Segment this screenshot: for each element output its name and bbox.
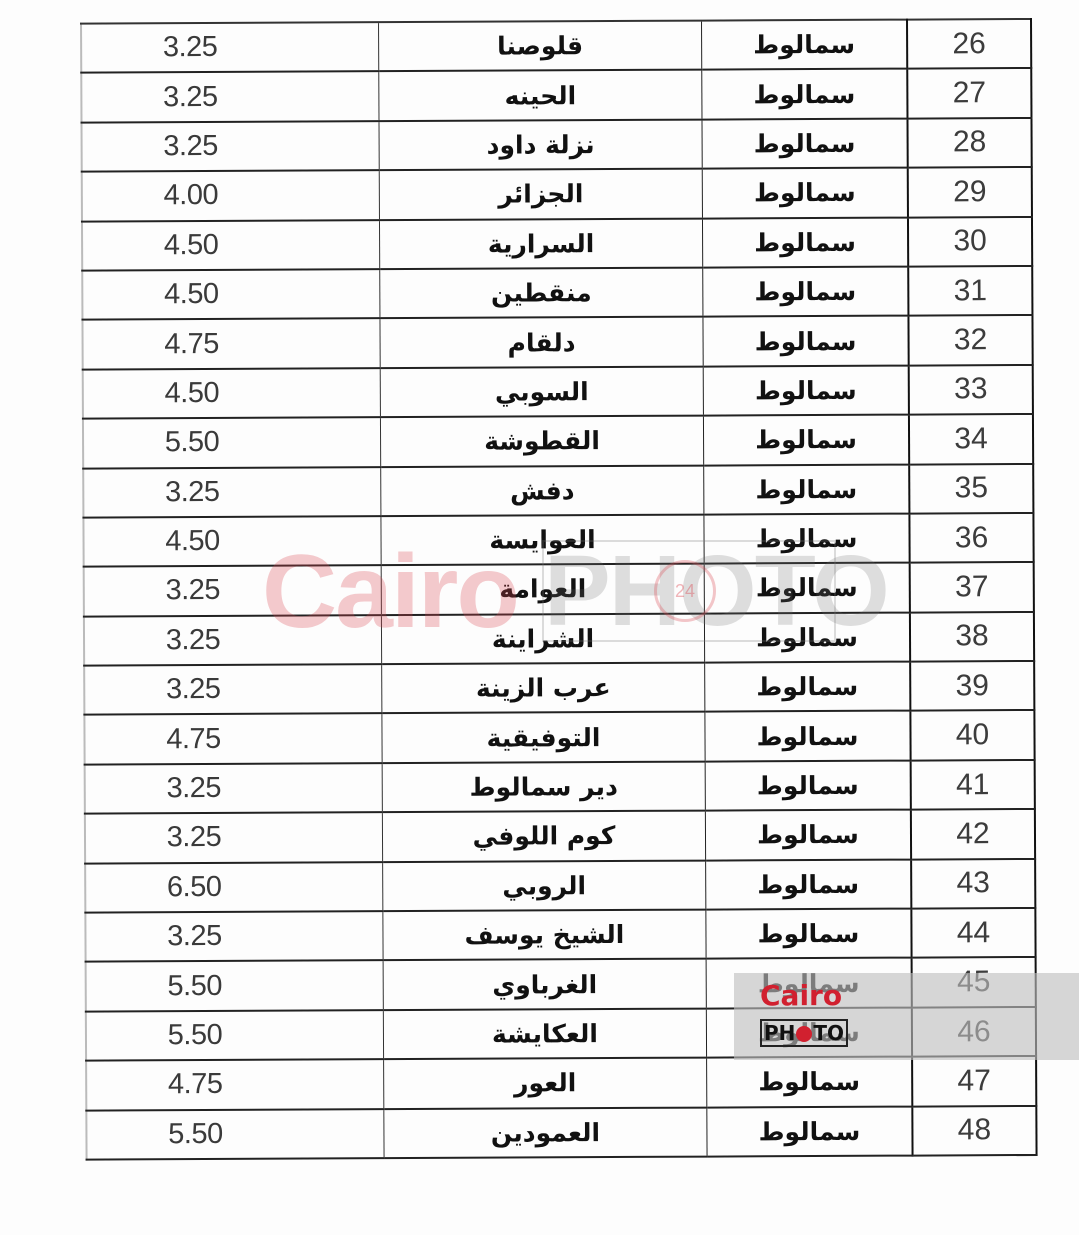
village-name-cell: العكايشة	[383, 1008, 706, 1059]
table-row: 5.50العمودينسمالوط48	[86, 1106, 1036, 1160]
village-name-cell: الجزائر	[379, 169, 702, 220]
table-row: 4.50منقطينسمالوط31	[82, 266, 1032, 320]
value-cell-text: 4.50	[164, 229, 219, 262]
markaz-cell-text: سمالوط	[758, 968, 860, 997]
markaz-cell-text: سمالوط	[755, 326, 857, 355]
markaz-cell-text: سمالوط	[758, 1067, 860, 1096]
row-number-cell-text: 44	[957, 916, 991, 950]
village-name-cell: العمودين	[384, 1107, 707, 1158]
value-cell-text: 4.50	[165, 525, 220, 558]
row-number-cell-text: 26	[952, 27, 986, 61]
row-number-cell-text: 33	[954, 373, 988, 407]
row-number-cell-text: 48	[958, 1113, 992, 1147]
village-name-cell-text: العوايسة	[489, 525, 595, 555]
row-number-cell: 38	[910, 612, 1034, 662]
village-name-cell-text: الغرباوي	[492, 970, 597, 1000]
value-cell: 4.50	[83, 368, 381, 419]
value-cell: 3.25	[84, 615, 382, 666]
village-name-cell-text: منقطين	[491, 278, 592, 307]
village-name-cell: دلقام	[380, 317, 703, 368]
row-number-cell: 43	[911, 859, 1035, 909]
village-name-cell-text: العكايشة	[492, 1019, 598, 1049]
village-name-cell: منقطين	[380, 268, 703, 319]
village-name-cell-text: السوبي	[495, 377, 589, 406]
village-name-cell-text: التوفيقية	[487, 723, 601, 753]
village-name-cell: دفش	[381, 465, 704, 516]
markaz-cell: سمالوط	[705, 711, 911, 761]
markaz-cell-text: سمالوط	[758, 1018, 860, 1047]
markaz-cell-text: سمالوط	[754, 129, 856, 158]
village-name-cell-text: الحينه	[505, 81, 577, 110]
markaz-cell: سمالوط	[702, 168, 908, 218]
row-number-cell: 34	[909, 414, 1033, 464]
value-cell-text: 4.00	[164, 179, 219, 212]
village-name-cell: الشراينة	[381, 613, 704, 664]
row-number-cell: 26	[907, 19, 1031, 69]
value-cell-text: 3.25	[163, 130, 218, 163]
markaz-cell-text: سمالوط	[757, 820, 859, 849]
value-cell-text: 3.25	[165, 476, 220, 509]
value-cell-text: 4.50	[165, 377, 220, 410]
value-cell-text: 5.50	[168, 1118, 223, 1151]
table-row: 3.25دير سمالوطسمالوط41	[85, 760, 1035, 814]
table-row: 3.25نزلة داودسمالوط28	[81, 118, 1031, 172]
value-cell: 3.25	[84, 664, 382, 715]
markaz-cell-text: سمالوط	[754, 178, 856, 207]
table-row: 3.25الشيخ يوسفسمالوط44	[85, 908, 1035, 962]
table-row: 4.50العوايسةسمالوط36	[83, 513, 1033, 567]
row-number-cell: 29	[908, 167, 1032, 217]
row-number-cell-text: 38	[955, 620, 989, 654]
village-name-cell: القطوشة	[380, 416, 703, 467]
village-name-cell: التوفيقية	[382, 712, 705, 763]
value-cell: 3.25	[81, 121, 379, 172]
markaz-cell-text: سمالوط	[756, 623, 858, 652]
markaz-cell: سمالوط	[707, 1106, 913, 1156]
value-cell: 5.50	[83, 417, 381, 468]
village-name-cell: الغرباوي	[383, 959, 706, 1010]
markaz-cell: سمالوط	[703, 365, 909, 415]
village-name-cell-text: الروبي	[502, 871, 586, 900]
markaz-cell: سمالوط	[705, 810, 911, 860]
row-number-cell-text: 47	[957, 1064, 991, 1098]
value-cell-text: 3.25	[166, 772, 221, 805]
value-cell-text: 3.25	[166, 624, 221, 657]
table-row: 3.25قلوصناسمالوط26	[81, 19, 1031, 73]
markaz-cell: سمالوط	[702, 69, 908, 119]
markaz-cell-text: سمالوط	[757, 870, 859, 899]
markaz-cell-text: سمالوط	[757, 721, 859, 750]
markaz-cell: سمالوط	[705, 662, 911, 712]
village-name-cell: نزلة داود	[379, 119, 702, 170]
markaz-cell-text: سمالوط	[756, 524, 858, 553]
village-name-cell: العوامة	[381, 564, 704, 615]
row-number-cell-text: 27	[953, 76, 987, 110]
table-row: 4.50السراريةسمالوط30	[82, 217, 1032, 271]
value-cell: 4.75	[84, 714, 382, 765]
markaz-cell: سمالوط	[703, 316, 909, 366]
value-cell: 4.50	[83, 516, 381, 567]
markaz-cell: سمالوط	[704, 464, 910, 514]
row-number-cell: 36	[909, 513, 1033, 563]
village-name-cell-text: السرارية	[488, 229, 595, 259]
markaz-cell: سمالوط	[706, 859, 912, 909]
value-cell: 4.50	[82, 269, 380, 320]
table-container: 3.25قلوصناسمالوط263.25الحينهسمالوط273.25…	[80, 18, 1032, 1161]
row-number-cell: 48	[912, 1106, 1036, 1156]
markaz-cell: سمالوط	[703, 415, 909, 465]
row-number-cell-text: 36	[955, 521, 989, 555]
row-number-cell: 45	[912, 957, 1036, 1007]
village-name-cell-text: الجزائر	[498, 180, 583, 209]
value-cell-text: 3.25	[167, 920, 222, 953]
markaz-cell: سمالوط	[704, 563, 910, 613]
value-cell: 4.00	[82, 170, 380, 221]
row-number-cell-text: 30	[953, 224, 987, 258]
row-number-cell: 44	[911, 908, 1035, 958]
row-number-cell-text: 37	[955, 570, 989, 604]
table-row: 5.50القطوشةسمالوط34	[83, 414, 1033, 468]
value-cell-text: 3.25	[166, 673, 221, 706]
village-name-cell-text: العوامة	[499, 575, 586, 604]
value-cell: 6.50	[85, 862, 383, 913]
row-number-cell: 33	[909, 365, 1033, 415]
markaz-cell: سمالوط	[705, 760, 911, 810]
value-cell-text: 5.50	[168, 1019, 223, 1052]
table-row: 3.25عرب الزينةسمالوط39	[84, 661, 1034, 715]
village-name-cell-text: قلوصنا	[497, 31, 583, 60]
row-number-cell: 35	[909, 463, 1033, 513]
row-number-cell-text: 35	[955, 471, 989, 505]
village-name-cell-text: نزلة داود	[487, 130, 595, 160]
value-cell-text: 4.50	[164, 278, 219, 311]
value-cell-text: 4.75	[164, 327, 219, 360]
village-name-cell: دير سمالوط	[382, 761, 705, 812]
table-row: 3.25كوم اللوفيسمالوط42	[85, 809, 1035, 863]
markaz-cell: سمالوط	[704, 612, 910, 662]
value-cell: 4.75	[82, 319, 380, 370]
markaz-cell: سمالوط	[707, 1057, 913, 1107]
row-number-cell-text: 41	[956, 768, 990, 802]
value-cell: 3.25	[83, 467, 381, 518]
row-number-cell: 31	[908, 266, 1032, 316]
row-number-cell: 37	[910, 562, 1034, 612]
value-cell: 3.25	[81, 22, 379, 73]
row-number-cell: 28	[907, 118, 1031, 168]
value-cell: 3.25	[84, 565, 382, 616]
village-name-cell: العور	[384, 1058, 707, 1109]
table-row: 4.00الجزائرسمالوط29	[82, 167, 1032, 221]
markaz-cell-text: سمالوط	[755, 376, 857, 405]
value-cell: 5.50	[86, 961, 384, 1012]
value-cell: 4.50	[82, 220, 380, 271]
markaz-cell-text: سمالوط	[754, 228, 856, 257]
village-name-cell-text: دفش	[510, 476, 575, 505]
markaz-cell-text: سمالوط	[754, 277, 856, 306]
table-row: 4.75دلقامسمالوط32	[82, 315, 1032, 369]
value-cell: 5.50	[86, 1010, 384, 1061]
row-number-cell-text: 39	[955, 669, 989, 703]
village-name-cell: السرارية	[379, 218, 702, 269]
markaz-cell: سمالوط	[702, 217, 908, 267]
row-number-cell: 39	[910, 661, 1034, 711]
row-number-cell-text: 28	[953, 126, 987, 160]
row-number-cell-text: 31	[954, 274, 988, 308]
row-number-cell-text: 40	[956, 718, 990, 752]
row-number-cell: 42	[911, 809, 1035, 859]
village-name-cell-text: كوم اللوفي	[473, 821, 616, 851]
table-row: 5.50الغرباويسمالوط45	[86, 957, 1036, 1011]
village-name-cell: عرب الزينة	[382, 663, 705, 714]
value-cell-text: 3.25	[167, 821, 222, 854]
markaz-cell: سمالوط	[703, 267, 909, 317]
value-cell: 3.25	[85, 911, 383, 962]
row-number-cell: 27	[907, 68, 1031, 118]
row-number-cell-text: 46	[957, 1015, 991, 1049]
value-cell: 3.25	[85, 812, 383, 863]
markaz-cell: سمالوط	[706, 958, 912, 1008]
markaz-cell-text: سمالوط	[758, 1117, 860, 1146]
village-name-cell: كوم اللوفي	[382, 811, 705, 862]
villages-table: 3.25قلوصناسمالوط263.25الحينهسمالوط273.25…	[80, 18, 1038, 1161]
row-number-cell-text: 32	[954, 323, 988, 357]
markaz-cell: سمالوط	[706, 1007, 912, 1057]
markaz-cell-text: سمالوط	[755, 475, 857, 504]
value-cell-text: 5.50	[167, 970, 222, 1003]
row-number-cell: 32	[908, 315, 1032, 365]
village-name-cell-text: القطوشة	[484, 426, 600, 456]
row-number-cell: 47	[912, 1056, 1036, 1106]
row-number-cell: 41	[911, 760, 1035, 810]
village-name-cell-text: دير سمالوط	[470, 772, 618, 802]
table-body: 3.25قلوصناسمالوط263.25الحينهسمالوط273.25…	[81, 19, 1037, 1160]
markaz-cell: سمالوط	[702, 20, 908, 70]
row-number-cell: 40	[910, 710, 1034, 760]
table-row: 6.50الروبيسمالوط43	[85, 859, 1035, 913]
value-cell: 3.25	[81, 72, 379, 123]
markaz-cell-text: سمالوط	[757, 771, 859, 800]
markaz-cell-text: سمالوط	[753, 30, 855, 59]
village-name-cell: قلوصنا	[379, 21, 702, 72]
value-cell-text: 4.75	[166, 723, 221, 756]
row-number-cell: 30	[908, 217, 1032, 267]
row-number-cell-text: 42	[956, 817, 990, 851]
table-row: 5.50العكايشةسمالوط46	[86, 1007, 1036, 1061]
village-name-cell-text: العمودين	[491, 1118, 600, 1148]
value-cell: 4.75	[86, 1059, 384, 1110]
row-number-cell-text: 34	[954, 422, 988, 456]
table-row: 3.25الحينهسمالوط27	[81, 68, 1031, 122]
markaz-cell: سمالوط	[706, 909, 912, 959]
value-cell-text: 5.50	[165, 426, 220, 459]
markaz-cell: سمالوط	[704, 513, 910, 563]
village-name-cell: الحينه	[379, 70, 702, 121]
table-row: 3.25العوامةسمالوط37	[84, 562, 1034, 616]
value-cell: 3.25	[85, 763, 383, 814]
table-row: 4.50السوبيسمالوط33	[83, 365, 1033, 419]
markaz-cell-text: سمالوط	[753, 79, 855, 108]
value-cell-text: 4.75	[168, 1068, 223, 1101]
markaz-cell-text: سمالوط	[756, 672, 858, 701]
row-number-cell-text: 29	[953, 175, 987, 209]
value-cell-text: 3.25	[165, 574, 220, 607]
village-name-cell-text: عرب الزينة	[476, 673, 611, 703]
value-cell-text: 3.25	[163, 31, 218, 64]
markaz-cell-text: سمالوط	[755, 425, 857, 454]
table-row: 4.75التوفيقيةسمالوط40	[84, 710, 1034, 764]
table-row: 4.75العورسمالوط47	[86, 1056, 1036, 1110]
row-number-cell-text: 45	[957, 965, 991, 999]
value-cell-text: 3.25	[163, 81, 218, 114]
row-number-cell: 46	[912, 1007, 1036, 1057]
village-name-cell: العوايسة	[381, 514, 704, 565]
village-name-cell-text: الشراينة	[492, 624, 594, 653]
village-name-cell: الشيخ يوسف	[383, 910, 706, 961]
value-cell: 5.50	[86, 1109, 384, 1160]
village-name-cell: الروبي	[383, 860, 706, 911]
table-row: 3.25دفشسمالوط35	[83, 463, 1033, 517]
markaz-cell: سمالوط	[702, 118, 908, 168]
village-name-cell-text: العور	[514, 1069, 576, 1098]
village-name-cell-text: دلقام	[508, 328, 576, 357]
scanned-document-page: 3.25قلوصناسمالوط263.25الحينهسمالوط273.25…	[0, 0, 1079, 1235]
row-number-cell-text: 43	[956, 867, 990, 901]
village-name-cell: السوبي	[380, 366, 703, 417]
markaz-cell-text: سمالوط	[758, 919, 860, 948]
village-name-cell-text: الشيخ يوسف	[465, 920, 625, 950]
markaz-cell-text: سمالوط	[756, 573, 858, 602]
table-row: 3.25الشراينةسمالوط38	[84, 612, 1034, 666]
value-cell-text: 6.50	[167, 871, 222, 904]
